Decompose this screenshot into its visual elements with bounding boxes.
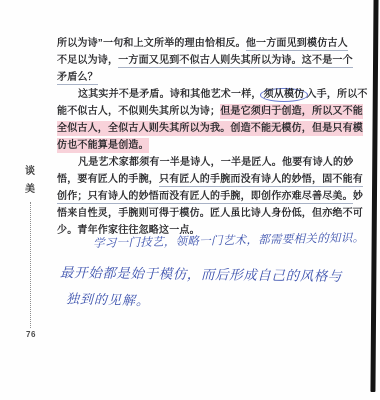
- printed-line: 不足以为诗，一方面又见到不似古人则失其所以为诗。这不是一个: [57, 52, 367, 69]
- underlined-segment: 一方面又见到不似古人则失其所以为诗。这不是一个: [118, 55, 353, 68]
- page-edge-shadow: [370, 0, 378, 392]
- printed-line: 悟来自性灵，手腕则可得于模仿。匠人虽比诗人身份低，但亦绝不可: [57, 205, 367, 222]
- text-segment: 悟来自性灵，手腕则可得于模仿。匠人虽比诗人身份低，但亦绝不可: [57, 208, 363, 219]
- printed-line: 悟，要有匠人的手腕，只有匠人的手腕而没有诗人的妙悟，固不能有: [57, 171, 367, 188]
- printed-line: 仿也不能算是创造。: [57, 137, 367, 154]
- text-segment: 凡是艺术家都须有一半是诗人，一半是匠人。他要有诗人的妙: [78, 157, 353, 168]
- printed-line: 所以为诗”一句和上文所举的理由恰相反。他一方面见到模仿古人: [57, 35, 367, 52]
- book-side-title: 谈 美: [23, 166, 37, 202]
- side-title-char-1: 谈: [23, 166, 37, 178]
- printed-line: 能不似古人，不似则失其所以为诗；但是它须归于创造，所以又不能: [57, 103, 367, 120]
- text-segment: 妙: [353, 191, 363, 202]
- text-segment: 能不似古人，不似则失其所以为诗；: [57, 106, 220, 117]
- margin-dotted-line: [30, 202, 31, 328]
- text-segment: 不足以为诗，: [57, 55, 118, 66]
- printed-line: 凡是艺术家都须有一半是诗人，一半是匠人。他要有诗人的妙: [57, 154, 367, 171]
- handwritten-note-line-3: 独到的见解。: [66, 288, 151, 309]
- underlined-segment: 创作；只有诗人的妙悟而没有匠人的手腕，即创作亦难尽善尽美。: [57, 191, 353, 204]
- page-number: 76: [26, 330, 36, 339]
- text-segment: 这其实并不是矛盾。诗和其他艺术一样，: [78, 89, 262, 100]
- printed-line: 创作；只有诗人的妙悟而没有匠人的手腕，即创作亦难尽善尽美。妙: [57, 188, 367, 205]
- highlighted-segment: 但是它须归于创造，所以又不能: [220, 104, 363, 119]
- underlined-segment: 他一方面见到模仿古人: [246, 38, 348, 51]
- underlined-segment: 矛盾么？: [57, 72, 98, 85]
- book-page: 谈 美 76 所以为诗”一句和上文所举的理由恰相反。他一方面见到模仿古人不足以为…: [0, 0, 380, 400]
- circled-segment: 须从模仿: [260, 88, 309, 102]
- side-title-char-2: 美: [23, 184, 37, 196]
- printed-line: 全似古人，全似古人则失其所以为我。创造不能无模仿，但是只有模: [57, 120, 367, 137]
- highlighted-segment: 仿也不能算是创造。: [57, 138, 149, 153]
- text-segment: 所以为诗”一句和上文所举的理由恰相反。: [57, 38, 246, 49]
- handwritten-note-line-2: 最开始都是始于模仿，而后形成自己的风格与: [60, 261, 342, 285]
- highlighted-segment: 全似古人，全似古人则失其所以为我。创造不能无模仿，但是只有模: [57, 121, 363, 136]
- underlined-segment: 只有匠人的手腕而没有诗人的妙悟，固不能有: [159, 174, 363, 187]
- printed-line: 这其实并不是矛盾。诗和其他艺术一样，须从模仿入手，所以不: [57, 86, 367, 103]
- printed-line: 矛盾么？: [57, 69, 367, 86]
- printed-text: 所以为诗”一句和上文所举的理由恰相反。他一方面见到模仿古人不足以为诗，一方面又见…: [57, 35, 367, 239]
- text-segment: 入手，所以不: [306, 89, 367, 100]
- text-segment: 悟，要有匠人的手腕，: [57, 174, 159, 185]
